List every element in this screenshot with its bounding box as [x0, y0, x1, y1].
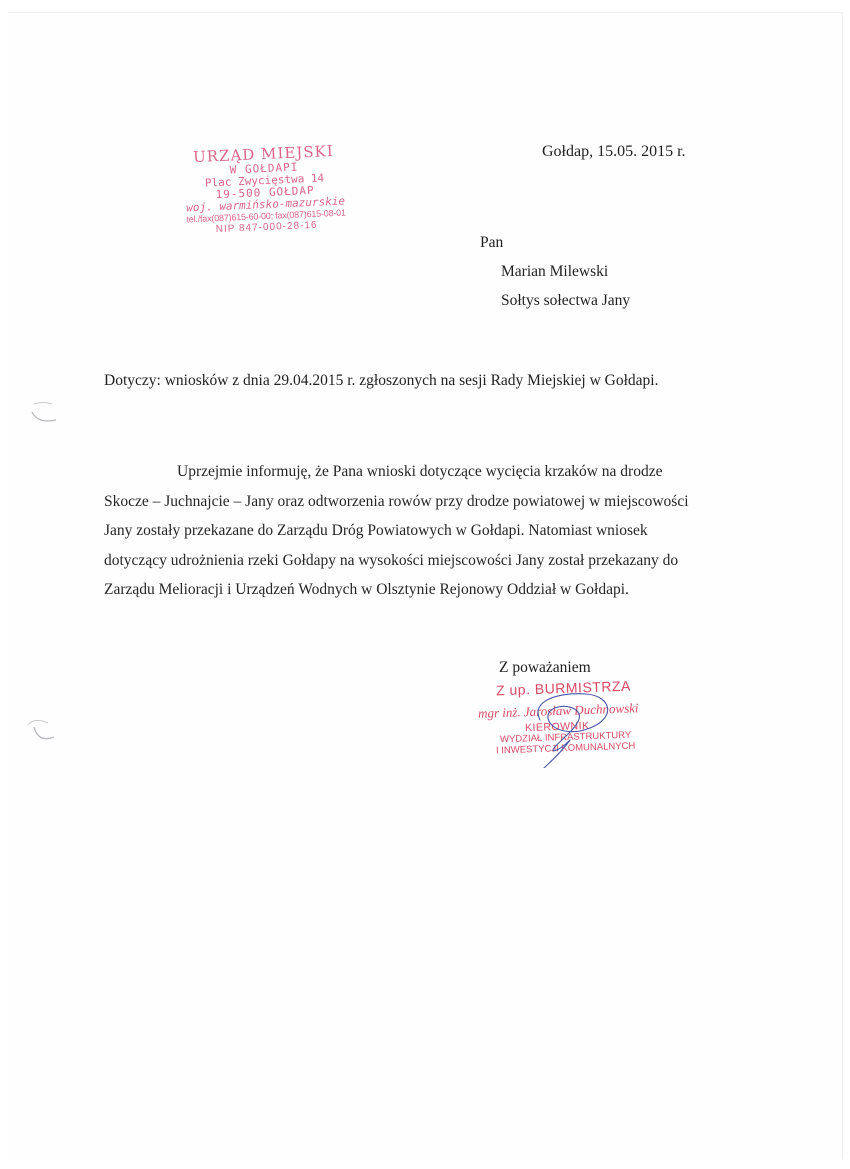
- body-line: Uprzejmie informuję, że Pana wnioski dot…: [104, 457, 724, 487]
- punch-hole-icon: [26, 398, 62, 428]
- signoff: Z poważaniem: [499, 659, 591, 677]
- recipient-salutation: Pan: [480, 228, 630, 257]
- recipient-title: Sołtys sołectwa Jany: [480, 286, 630, 315]
- handwritten-signature-icon: [520, 688, 630, 768]
- body-line: Skocze – Juchnajcie – Jany oraz odtworze…: [104, 487, 724, 517]
- body-line: Zarządu Melioracji i Urządzeń Wodnych w …: [104, 575, 724, 605]
- body-line: Jany zostały przekazane do Zarządu Dróg …: [104, 516, 724, 546]
- letter-date: Gołdap, 15.05. 2015 r.: [542, 143, 686, 161]
- recipient-block: Pan Marian Milewski Sołtys sołectwa Jany: [480, 228, 630, 315]
- subject-line: Dotyczy: wniosków z dnia 29.04.2015 r. z…: [104, 372, 658, 390]
- sender-stamp: URZĄD MIEJSKI W GOŁDAPI Plac Zwycięstwa …: [148, 141, 382, 239]
- recipient-name: Marian Milewski: [480, 257, 630, 286]
- letter-body: Uprzejmie informuję, że Pana wnioski dot…: [104, 457, 724, 605]
- body-line: dotyczący udrożnienia rzeki Gołdapy na w…: [104, 546, 724, 576]
- punch-hole-icon: [22, 715, 58, 745]
